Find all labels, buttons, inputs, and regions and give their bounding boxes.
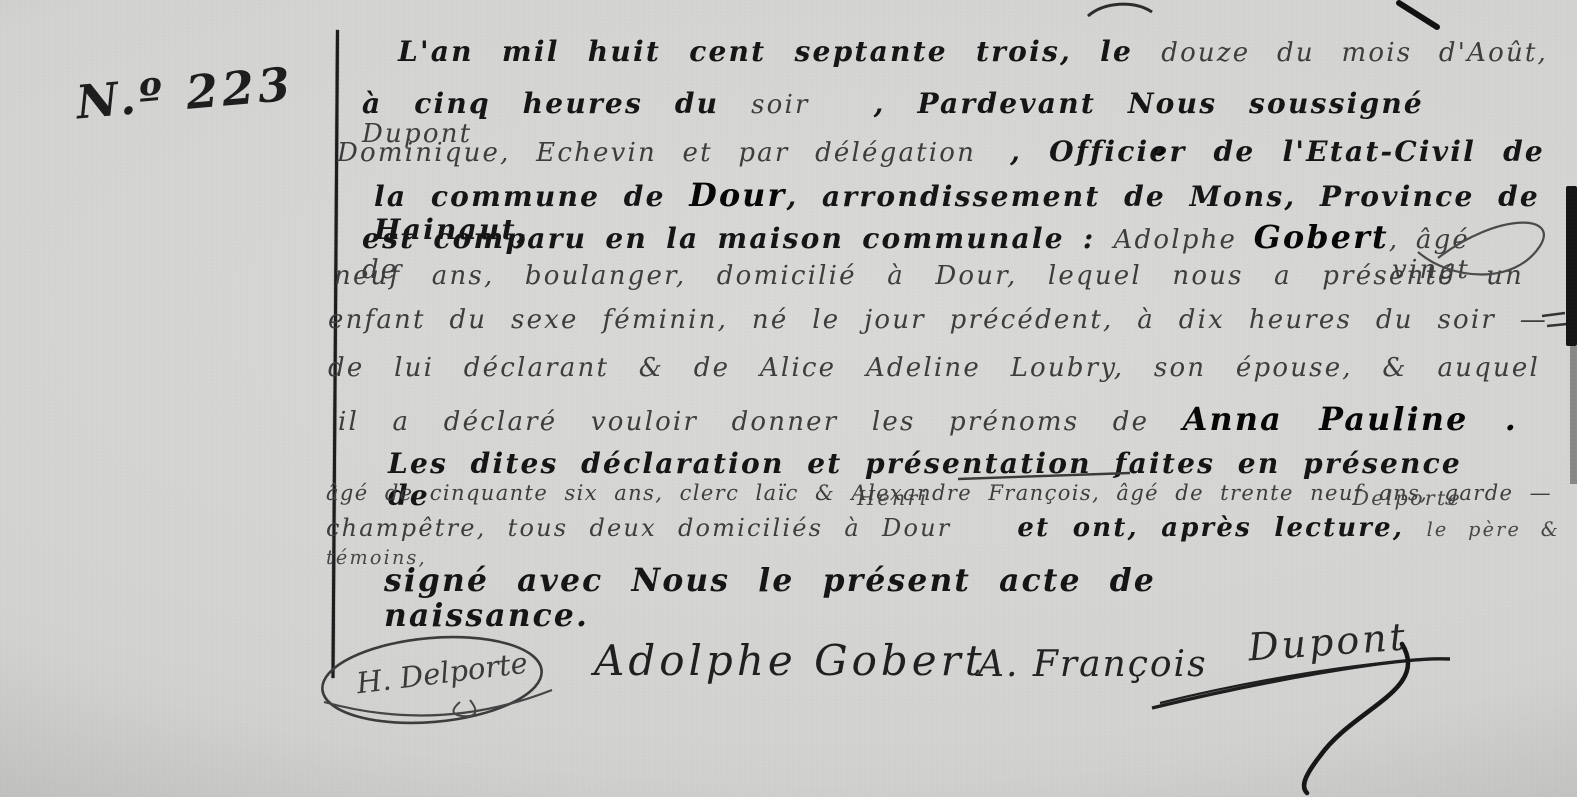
text-segment: Dominique, Echevin et par délégation <box>337 138 976 168</box>
ink-blot <box>1155 147 1164 156</box>
text-segment: , Pardevant Nous soussigné <box>874 87 1424 120</box>
page-edge-shadow <box>1570 346 1577 484</box>
record-line-9: il a déclaré vouloir donner les prénoms … <box>338 402 1518 438</box>
text-segment: Adolphe <box>1114 225 1254 255</box>
signature-delporte: H. Delporte <box>355 646 530 701</box>
signature-gobert: Adolphe Gobert <box>594 636 986 685</box>
text-segment: la commune de <box>374 180 689 213</box>
record-line-1: L'an mil huit cent septante trois, le do… <box>398 36 1548 68</box>
pen-loop-icon <box>1088 4 1152 16</box>
text-segment: âgé de cinquante six ans, clerc laïc & A… <box>326 481 1552 505</box>
record-line-7: enfant du sexe féminin, né le jour précé… <box>328 306 1548 335</box>
record-line-3: Dominique, Echevin et par délégation, Of… <box>337 136 1545 168</box>
text-segment: Gobert <box>1254 219 1389 256</box>
text-segment: il a déclaré vouloir donner les prénoms … <box>338 407 1183 437</box>
text-segment: Anna Pauline . <box>1183 401 1518 438</box>
record-line-6: neuf ans, boulanger, domicilié à Dour, l… <box>334 262 1524 291</box>
text-segment: Dour <box>882 514 951 542</box>
text-segment: et ont, après lecture, <box>1017 513 1426 543</box>
text-segment: enfant du sexe féminin, né le jour précé… <box>328 305 1548 335</box>
text-segment: soir <box>751 90 810 120</box>
pen-mark-icon <box>1399 3 1437 27</box>
text-segment: signé avec Nous le présent acte de naiss… <box>384 563 1156 634</box>
text-segment: de lui déclarant & de Alice Adeline Loub… <box>328 353 1540 383</box>
text-segment: à cinq heures du <box>362 87 751 120</box>
record-line-8: de lui déclarant & de Alice Adeline Loub… <box>328 354 1540 383</box>
page-edge-shadow <box>1566 186 1577 346</box>
record-line-12: champêtre, tous deux domiciliés à Douret… <box>326 514 1560 570</box>
text-segment: neuf ans, boulanger, domicilié à Dour, l… <box>334 261 1524 291</box>
margin-number: N.º 223 <box>74 57 296 130</box>
text-segment: Dour <box>689 177 786 214</box>
text-segment: douze du mois d'Août, <box>1161 38 1548 68</box>
signature-francois: A. François <box>978 644 1208 685</box>
text-segment: L'an mil huit cent septante trois, le <box>398 35 1161 68</box>
text-segment: , Officier de l'Etat-Civil de <box>1010 135 1545 168</box>
record-line-13: signé avec Nous le présent acte de naiss… <box>384 564 1156 634</box>
birth-record-page: N.º 223 L'an mil huit cent septante troi… <box>0 0 1577 797</box>
signature-dupont: Dupont <box>1247 614 1410 669</box>
text-segment: est comparu en la maison communale : <box>362 222 1114 255</box>
record-line-11: âgé de cinquante six ans, clerc laïc & A… <box>326 482 1552 506</box>
text-segment: champêtre, tous deux domiciliés à <box>326 514 882 542</box>
